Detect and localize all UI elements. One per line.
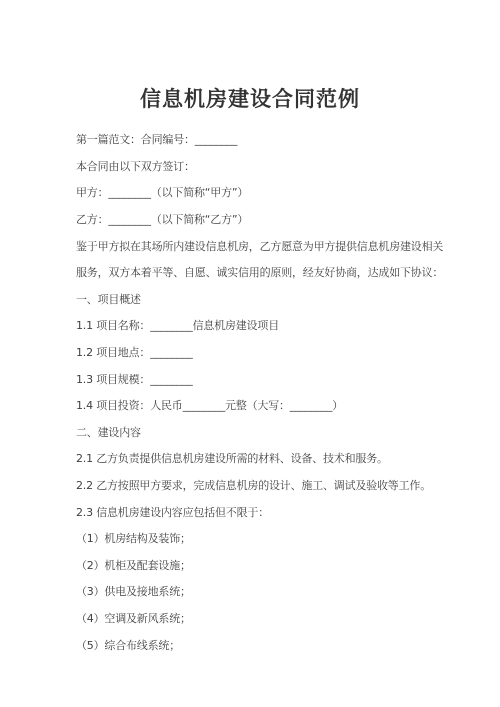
document-line: 1.2 项目地点：________ [76, 339, 460, 366]
document-line: 1.1 项目名称：________信息机房建设项目 [76, 312, 460, 339]
document-title: 信息机房建设合同范例 [0, 0, 500, 114]
document-line: 乙方：________（以下简称“乙方”） [76, 206, 460, 233]
document-line: 2.3 信息机房建设内容应包括但不限于： [76, 498, 460, 525]
document-line: 二、建设内容 [76, 419, 460, 446]
document-line: 服务，双方本着平等、自愿、诚实信用的原则，经友好协商，达成如下协议： [76, 259, 460, 286]
document-line: （2）机柜及配套设施； [76, 552, 460, 579]
document-line: 本合同由以下双方签订： [76, 153, 460, 180]
document-body: 第一篇范文：合同编号：________本合同由以下双方签订：甲方：_______… [0, 126, 500, 658]
document-line: 鉴于甲方拟在其场所内建设信息机房，乙方愿意为甲方提供信息机房建设相关 [76, 232, 460, 259]
document-line: 第一篇范文：合同编号：________ [76, 126, 460, 153]
document-line: （1）机房结构及装饰； [76, 525, 460, 552]
document-line: （5）综合布线系统； [76, 631, 460, 658]
document-line: （4）空调及新风系统； [76, 605, 460, 632]
document-line: 2.1 乙方负责提供信息机房建设所需的材料、设备、技术和服务。 [76, 445, 460, 472]
document-line: 1.3 项目规模：________ [76, 365, 460, 392]
document-line: 2.2 乙方按照甲方要求，完成信息机房的设计、施工、调试及验收等工作。 [76, 472, 460, 499]
contract-document-page: 信息机房建设合同范例 第一篇范文：合同编号：________本合同由以下双方签订… [0, 0, 500, 707]
document-line: 甲方：________（以下简称“甲方”） [76, 179, 460, 206]
document-line: 一、项目概述 [76, 286, 460, 313]
document-line: （3）供电及接地系统； [76, 578, 460, 605]
document-line: 1.4 项目投资：人民币________元整（大写：________） [76, 392, 460, 419]
